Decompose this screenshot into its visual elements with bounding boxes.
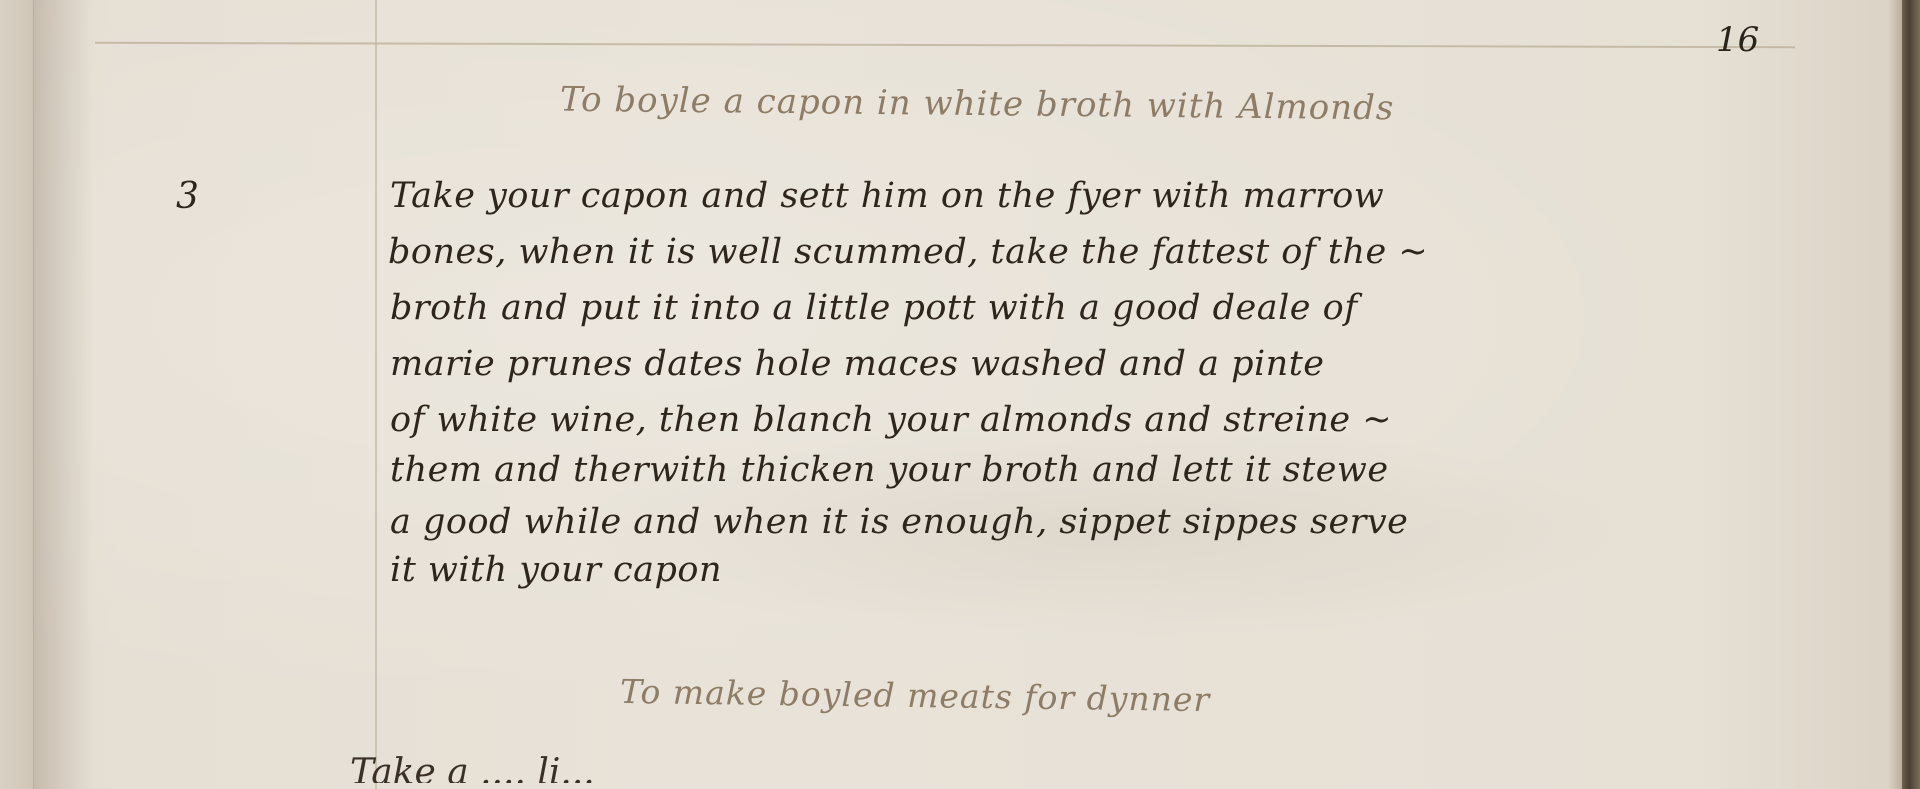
recipe-line: them and therwith thicken your broth and…: [390, 450, 1389, 490]
next-recipe-heading: To make boyled meats for dynner: [620, 672, 1211, 719]
facing-page-edge: [0, 0, 34, 789]
recipe-line: broth and put it into a little pott with…: [390, 288, 1358, 328]
book-binding-edge: [1902, 0, 1920, 789]
gutter-shadow: [34, 0, 94, 789]
recipe-line: bones, when it is well scummed, take the…: [388, 232, 1428, 272]
recipe-line: it with your capon: [390, 550, 722, 590]
recipe-line: marie prunes dates hole maces washed and…: [390, 344, 1325, 384]
recipe-line: a good while and when it is enough, sipp…: [390, 502, 1408, 542]
recipe-line: Take your capon and sett him on the fyer…: [390, 176, 1384, 216]
recipe-heading: To boyle a capon in white broth with Alm…: [560, 80, 1395, 129]
top-ruling-line: [95, 42, 1795, 48]
page-edge-shadow: [1888, 0, 1902, 789]
margin-ruling-line: [375, 0, 377, 789]
next-recipe-partial-line: Take a .... li...: [350, 752, 595, 789]
recipe-line: of white wine, then blanch your almonds …: [390, 400, 1392, 440]
recipe-number: 3: [176, 176, 199, 217]
folio-number: 16: [1716, 20, 1759, 60]
manuscript-page: 16 To boyle a capon in white broth with …: [0, 0, 1920, 789]
